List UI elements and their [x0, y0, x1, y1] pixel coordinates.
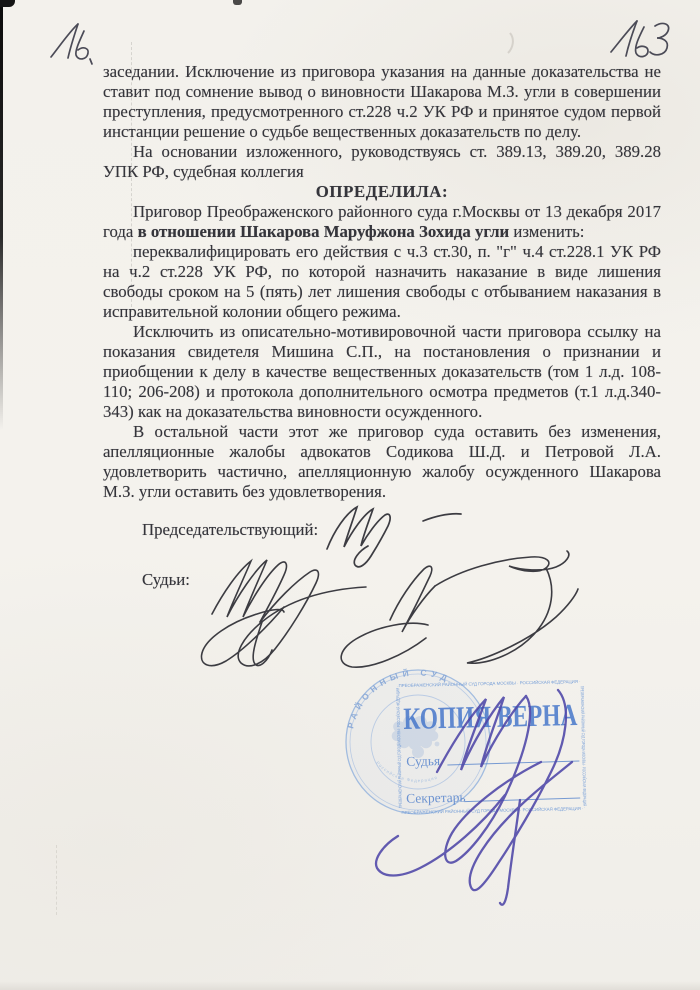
pencil-smudge [508, 33, 513, 53]
judge-signature-right [341, 551, 578, 667]
presiding-judge-signature [327, 507, 461, 567]
handwritten-page-number-left [51, 24, 92, 64]
ink-and-stamp-overlay: РАЙОННЫЙ СУД Российская Федерация ПРЕОБР… [0, 0, 700, 990]
stamp-border-microtext: ПРЕОБРАЖЕНСКИЙ РАЙОННЫЙ СУД ГОРОДА МОСКВ… [580, 686, 588, 808]
stamp-judge-label: Судья [406, 753, 440, 769]
stamp-secretary-label: Секретарь [406, 790, 466, 806]
scanned-court-document-page: заседании. Исключение из приговора указа… [0, 0, 700, 990]
handwritten-page-number-right [611, 21, 669, 57]
signature-dash [423, 514, 461, 521]
judge-signature-left [202, 560, 366, 666]
